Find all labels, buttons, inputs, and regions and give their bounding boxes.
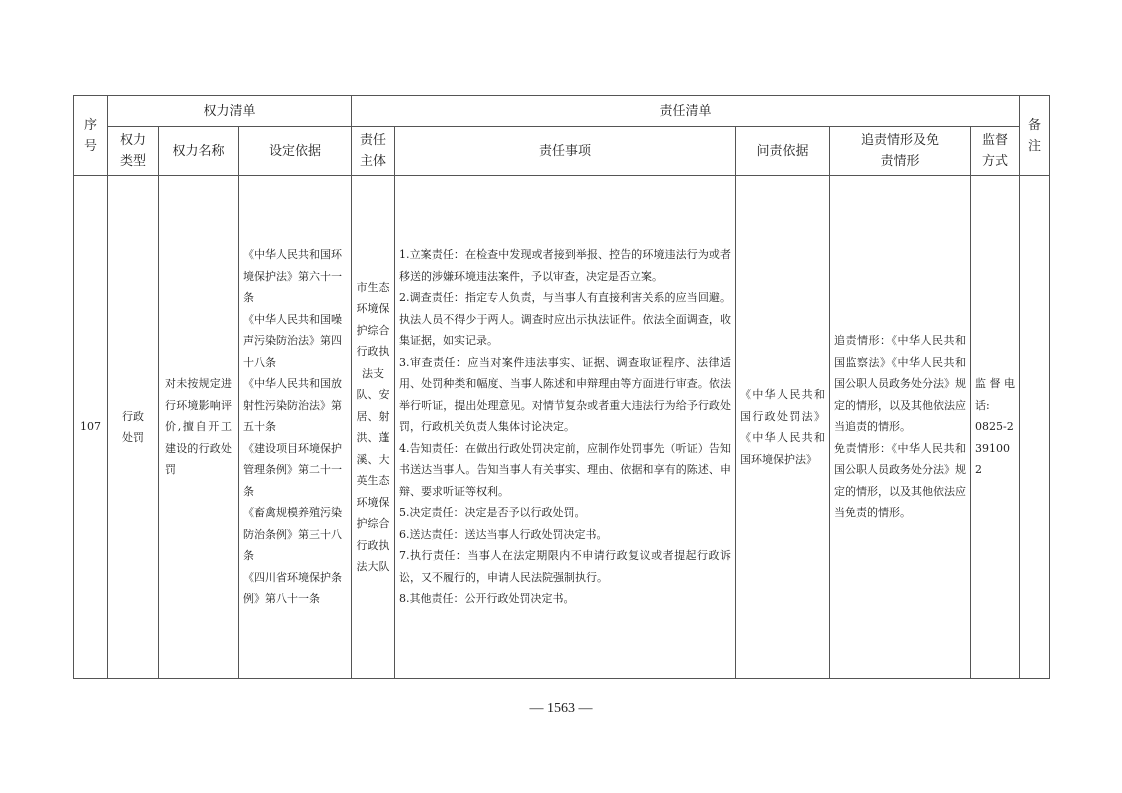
row-power-name: 对未按规定进行环境影响评价,擅自开工建设的行政处罚 <box>159 176 239 679</box>
matter-item: 6.送达责任：送达当事人行政处罚决定书。 <box>399 524 731 546</box>
header-matters: 责任事项 <box>395 127 736 176</box>
row-matters: 1.立案责任：在检查中发现或者接到举报、控告的环境违法行为或者移送的涉嫌环境违法… <box>395 176 736 679</box>
pursuit-text: 追责情形：《中华人民共和国监察法》《中华人民共和国公职人员政务处分法》规定的情形… <box>834 330 966 438</box>
row-seq: 107 <box>74 176 108 679</box>
matter-item: 5.决定责任：决定是否予以行政处罚。 <box>399 502 731 524</box>
row-pursuit-exemption: 追责情形：《中华人民共和国监察法》《中华人民共和国公职人员政务处分法》规定的情形… <box>830 176 971 679</box>
header-power-name: 权力名称 <box>159 127 239 176</box>
power-responsibility-table: 序号 权力清单 责任清单 备注 权力类型 权力名称 设定依据 责任主体 责任事项… <box>73 95 1050 679</box>
header-supervision: 监督方式 <box>971 127 1020 176</box>
matter-item: 3.审查责任：应当对案件违法事实、证据、调查取证程序、法律适用、处罚种类和幅度、… <box>399 352 731 438</box>
basis-item: 《畜禽规模养殖污染防治条例》第三十八条 <box>243 502 347 567</box>
matter-item: 8.其他责任：公开行政处罚决定书。 <box>399 588 731 610</box>
matter-item: 2.调查责任：指定专人负责，与当事人有直接利害关系的应当回避。执法人员不得少于两… <box>399 287 731 352</box>
row-power-type-text: 行政处罚 <box>120 406 146 449</box>
header-responsibility-list: 责任清单 <box>352 96 1020 127</box>
exemption-text: 免责情形：《中华人民共和国公职人员政务处分法》规定的情形，以及其他依法应当免责的… <box>834 438 966 524</box>
supervision-label: 监督电话: <box>975 373 1015 416</box>
row-supervision: 监督电话: 0825-2391002 <box>971 176 1020 679</box>
basis-item: 《中华人民共和国放射性污染防治法》第五十条 <box>243 373 347 438</box>
header-seq: 序号 <box>74 96 108 176</box>
row-subject-text: 市生态环境保护综合行政执法支队、安居、射洪、蓬溪、大英生态环境保护综合行政执法大… <box>355 277 391 578</box>
matter-item: 4.告知责任：在做出行政处罚决定前，应制作处罚事先（听证）告知书送达当事人。告知… <box>399 438 731 503</box>
header-remark: 备注 <box>1020 96 1050 176</box>
header-pursuit-exemption: 追责情形及免责情形 <box>830 127 971 176</box>
header-supervision-label: 监督方式 <box>979 130 1011 172</box>
header-remark-label: 备注 <box>1027 115 1043 157</box>
header-basis: 设定依据 <box>239 127 352 176</box>
header-seq-label: 序号 <box>83 115 99 157</box>
header-accountability-basis: 问责依据 <box>736 127 830 176</box>
basis-item: 《四川省环境保护条例》第八十一条 <box>243 567 347 610</box>
header-row-1: 序号 权力清单 责任清单 备注 <box>74 96 1050 127</box>
basis-item: 《建设项目环境保护管理条例》第二十一条 <box>243 438 347 503</box>
row-basis: 《中华人民共和国环境保护法》第六十一条 《中华人民共和国噪声污染防治法》第四十八… <box>239 176 352 679</box>
header-power-list: 权力清单 <box>108 96 352 127</box>
row-accountability-basis: 《中华人民共和国行政处罚法》《中华人民共和国环境保护法》 <box>736 176 830 679</box>
table-row: 107 行政处罚 对未按规定进行环境影响评价,擅自开工建设的行政处罚 《中华人民… <box>74 176 1050 679</box>
matter-item: 7.执行责任：当事人在法定期限内不申请行政复议或者提起行政诉讼，又不履行的，申请… <box>399 545 731 588</box>
header-subject-label: 责任主体 <box>357 130 389 172</box>
page-number: — 1563 — <box>0 701 1122 717</box>
header-power-type-label: 权力类型 <box>117 130 149 172</box>
basis-item: 《中华人民共和国噪声污染防治法》第四十八条 <box>243 309 347 374</box>
header-pursuit-exemption-label: 追责情形及免责情形 <box>855 130 945 172</box>
row-power-type: 行政处罚 <box>108 176 159 679</box>
row-remark <box>1020 176 1050 679</box>
header-subject: 责任主体 <box>352 127 395 176</box>
matter-item: 1.立案责任：在检查中发现或者接到举报、控告的环境违法行为或者移送的涉嫌环境违法… <box>399 244 731 287</box>
header-row-2: 权力类型 权力名称 设定依据 责任主体 责任事项 问责依据 追责情形及免责情形 … <box>74 127 1050 176</box>
supervision-phone: 0825-2391002 <box>975 416 1015 481</box>
header-power-type: 权力类型 <box>108 127 159 176</box>
row-subject: 市生态环境保护综合行政执法支队、安居、射洪、蓬溪、大英生态环境保护综合行政执法大… <box>352 176 395 679</box>
basis-item: 《中华人民共和国环境保护法》第六十一条 <box>243 244 347 309</box>
